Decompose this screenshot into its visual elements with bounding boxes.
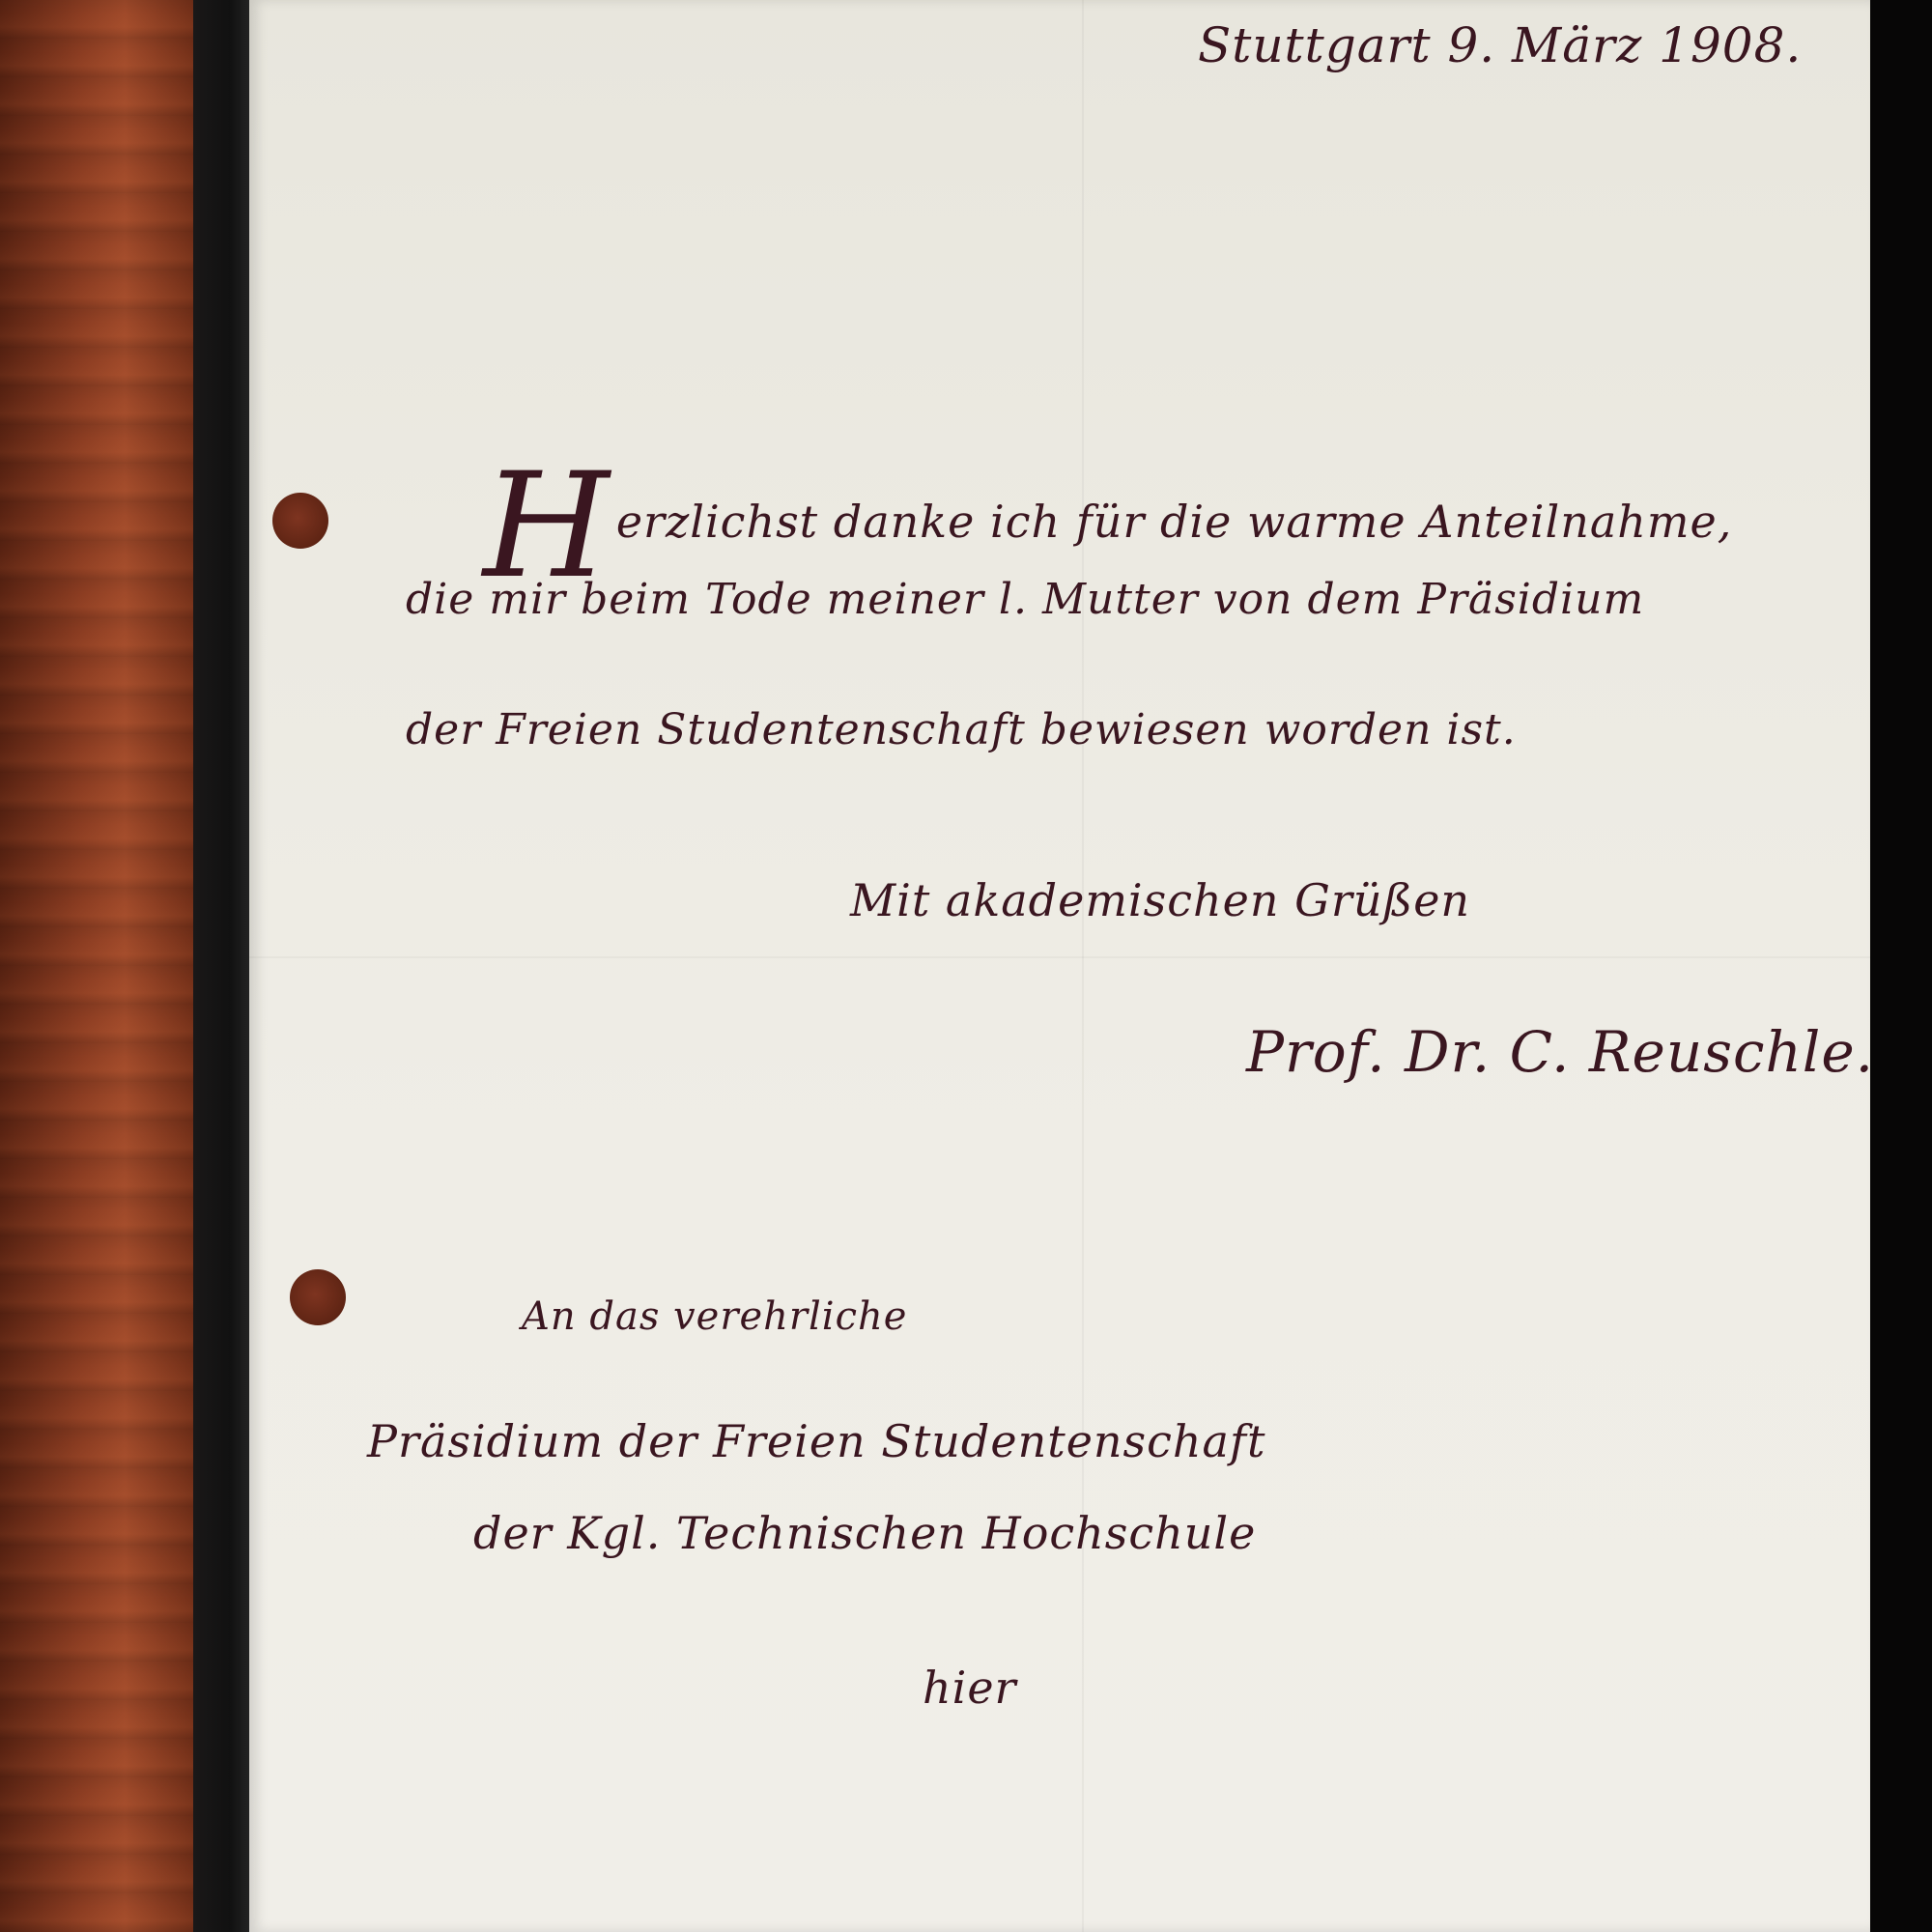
address-line-2: Präsidium der Freien Studentenschaft (367, 1415, 1265, 1467)
body-line-2: die mir beim Tode meiner l. Mutter von d… (406, 575, 1644, 624)
wooden-table-surface (0, 0, 208, 1932)
body-line-1-text: erzlichst danke ich für die warme Anteil… (616, 496, 1733, 548)
body-line-3: der Freien Studentenschaft bewiesen word… (406, 705, 1517, 754)
punch-hole-top (272, 493, 328, 549)
letter-paper (249, 0, 1870, 1932)
signature: Prof. Dr. C. Reuschle. (1246, 1019, 1874, 1085)
black-backing-right (1866, 0, 1932, 1932)
paper-fold-vertical (1082, 0, 1084, 1932)
punch-hole-bottom (290, 1269, 346, 1325)
address-line-3: der Kgl. Technischen Hochschule (473, 1507, 1256, 1559)
paper-fold-horizontal (249, 956, 1870, 958)
address-line-4: hier (923, 1662, 1017, 1714)
closing-greeting: Mit akademischen Grüßen (850, 874, 1470, 926)
letter-date: Stuttgart 9. März 1908. (1198, 17, 1802, 73)
address-line-1: An das verehrliche (522, 1294, 907, 1339)
